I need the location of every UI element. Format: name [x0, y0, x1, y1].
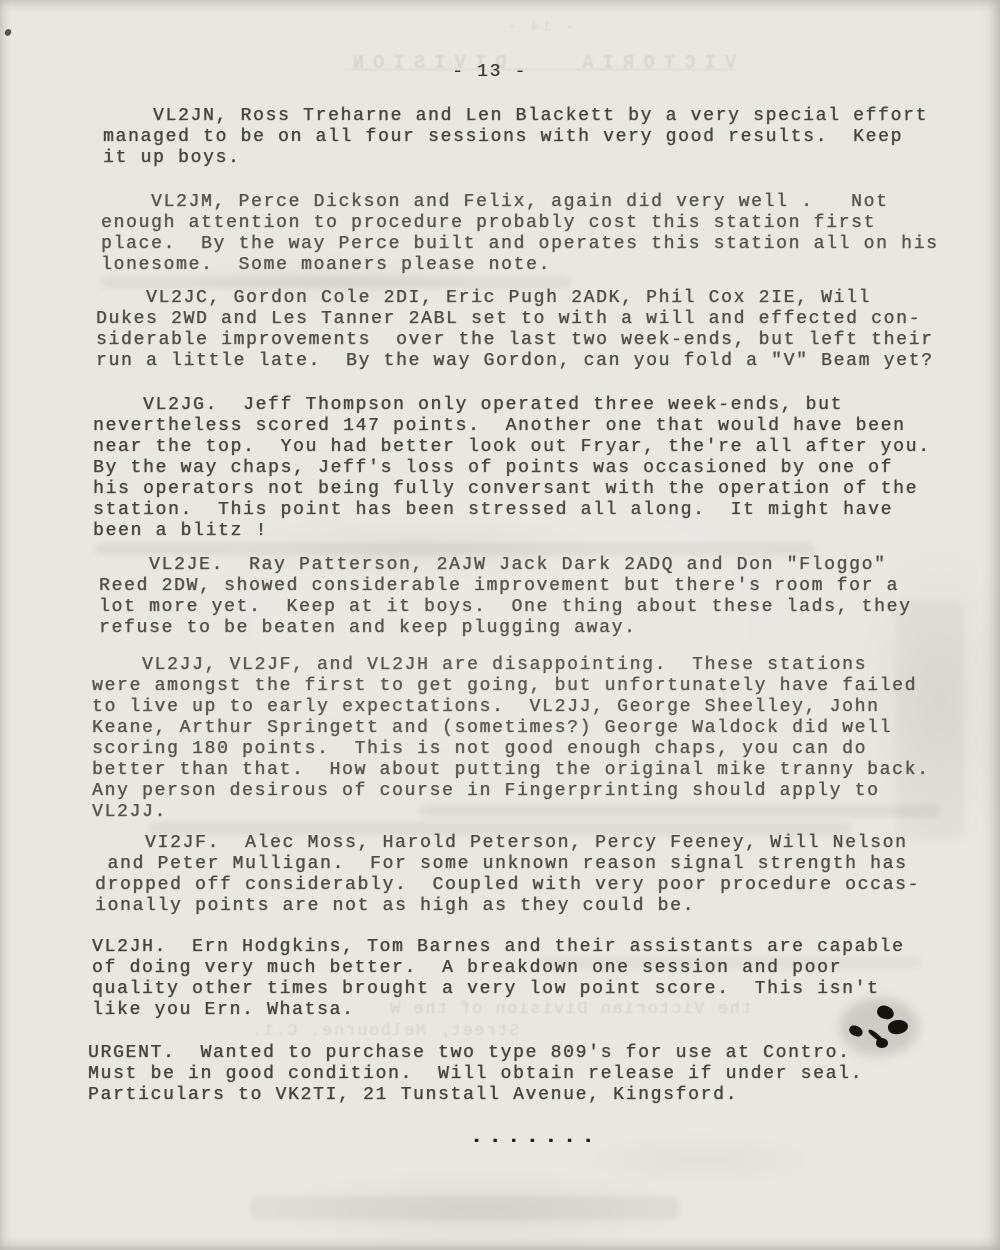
text-line: of doing very much better. A breakdown o… — [92, 958, 905, 979]
paragraph-vl2jh: VL2JH. Ern Hodgkins, Tom Barnes and thei… — [92, 937, 905, 1021]
text-line: VL2JJ, VL2JF, and VL2JH are disappointin… — [92, 655, 930, 676]
text-line: and Peter Mulligan. For some unknown rea… — [95, 854, 920, 875]
paragraph-vi2jf: VI2JF. Alec Moss, Harold Peterson, Percy… — [95, 833, 920, 917]
paragraph-vl2je: VL2JE. Ray Patterson, 2AJW Jack Dark 2AD… — [99, 555, 912, 639]
show-through-streak — [100, 276, 570, 288]
show-through-page-number: - 14 - — [440, 18, 640, 36]
page-number: - 13 - — [452, 62, 527, 82]
show-through-streak — [250, 1196, 680, 1220]
text-line: VL2JM, Perce Dickson and Felix, again di… — [101, 192, 939, 213]
text-line: enough attention to procedure probably c… — [101, 213, 939, 234]
text-line: like you Ern. Whatsa. — [92, 1000, 905, 1021]
text-line: Keane, Arthur Springett and (sometimes?)… — [92, 718, 930, 739]
text-line: run a little late. By the way Gordon, ca… — [96, 351, 934, 372]
text-line: URGENT. Wanted to purchase two type 809'… — [88, 1043, 863, 1064]
text-line: better than that. How about putting the … — [92, 760, 930, 781]
text-line: siderable improvements over the last two… — [96, 330, 934, 351]
text-line: his operators not being fully conversant… — [93, 479, 931, 500]
paragraph-vl2jn: VL2JN, Ross Treharne and Len Blackett by… — [103, 106, 928, 169]
paragraph-vl2jm: VL2JM, Perce Dickson and Felix, again di… — [101, 192, 939, 276]
text-line: to live up to early expectations. VL2JJ,… — [92, 697, 930, 718]
text-line: Dukes 2WD and Les Tanner 2ABL set to wit… — [96, 309, 934, 330]
show-through-text-fragment: Street, Melbourne. C.1. — [150, 1022, 620, 1041]
text-line: Particulars to VK2TI, 21 Tunstall Avenue… — [88, 1085, 863, 1106]
text-line: VL2JC, Gordon Cole 2DI, Eric Pugh 2ADK, … — [96, 288, 934, 309]
text-line: were amongst the first to get going, but… — [92, 676, 930, 697]
text-line: scoring 180 points. This is not good eno… — [92, 739, 930, 760]
text-line: By the way chaps, Jeff's loss of points … — [93, 458, 931, 479]
paragraph-vl2jg: VL2JG. Jeff Thompson only operated three… — [93, 395, 931, 542]
paper-speck — [4, 28, 12, 37]
scanned-document-page: - 14 - VICTORIA DIVISION the Victorian D… — [0, 0, 1000, 1250]
show-through-header: VICTORIA DIVISION — [230, 52, 850, 74]
text-line: been a blitz ! — [93, 521, 931, 542]
text-line: station. This point has been stressed al… — [93, 500, 931, 521]
text-line: refuse to be beaten and keep plugging aw… — [99, 618, 912, 639]
text-line: near the top. You had better look out Fr… — [93, 437, 931, 458]
show-through-streak — [95, 543, 815, 555]
separator-dots: ....... — [470, 1126, 600, 1149]
text-line: VL2JN, Ross Treharne and Len Blackett by… — [103, 106, 928, 127]
text-line: lot more yet. Keep at it boys. One thing… — [99, 597, 912, 618]
paragraph-urgent: URGENT. Wanted to purchase two type 809'… — [88, 1043, 863, 1106]
text-line: lonesome. Some moaners please note. — [101, 255, 939, 276]
text-line: quality other times brought a very low p… — [92, 979, 905, 1000]
text-line: VI2JF. Alec Moss, Harold Peterson, Percy… — [95, 833, 920, 854]
text-line: Must be in good condition. Will obtain r… — [88, 1064, 863, 1085]
ink-blot — [876, 1038, 888, 1048]
text-line: Any person desirous of course in Fingerp… — [92, 781, 930, 802]
text-line: VL2JE. Ray Patterson, 2AJW Jack Dark 2AD… — [99, 555, 912, 576]
text-line: nevertheless scored 147 points. Another … — [93, 416, 931, 437]
text-line: managed to be on all four sessions with … — [103, 127, 928, 148]
text-line: VL2JH. Ern Hodgkins, Tom Barnes and thei… — [92, 937, 905, 958]
text-line: Reed 2DW, showed considerable improvemen… — [99, 576, 912, 597]
text-line: VL2JJ. — [92, 802, 930, 823]
text-line: place. By the way Perce built and operat… — [101, 234, 939, 255]
paragraph-vl2jj: VL2JJ, VL2JF, and VL2JH are disappointin… — [92, 655, 930, 823]
text-line: VL2JG. Jeff Thompson only operated three… — [93, 395, 931, 416]
text-line: ionally points are not as high as they c… — [95, 896, 920, 917]
text-line: dropped off considerably. Coupled with v… — [95, 875, 920, 896]
text-line: it up boys. — [103, 148, 928, 169]
paragraph-vl2jc: VL2JC, Gordon Cole 2DI, Eric Pugh 2ADK, … — [96, 288, 934, 372]
